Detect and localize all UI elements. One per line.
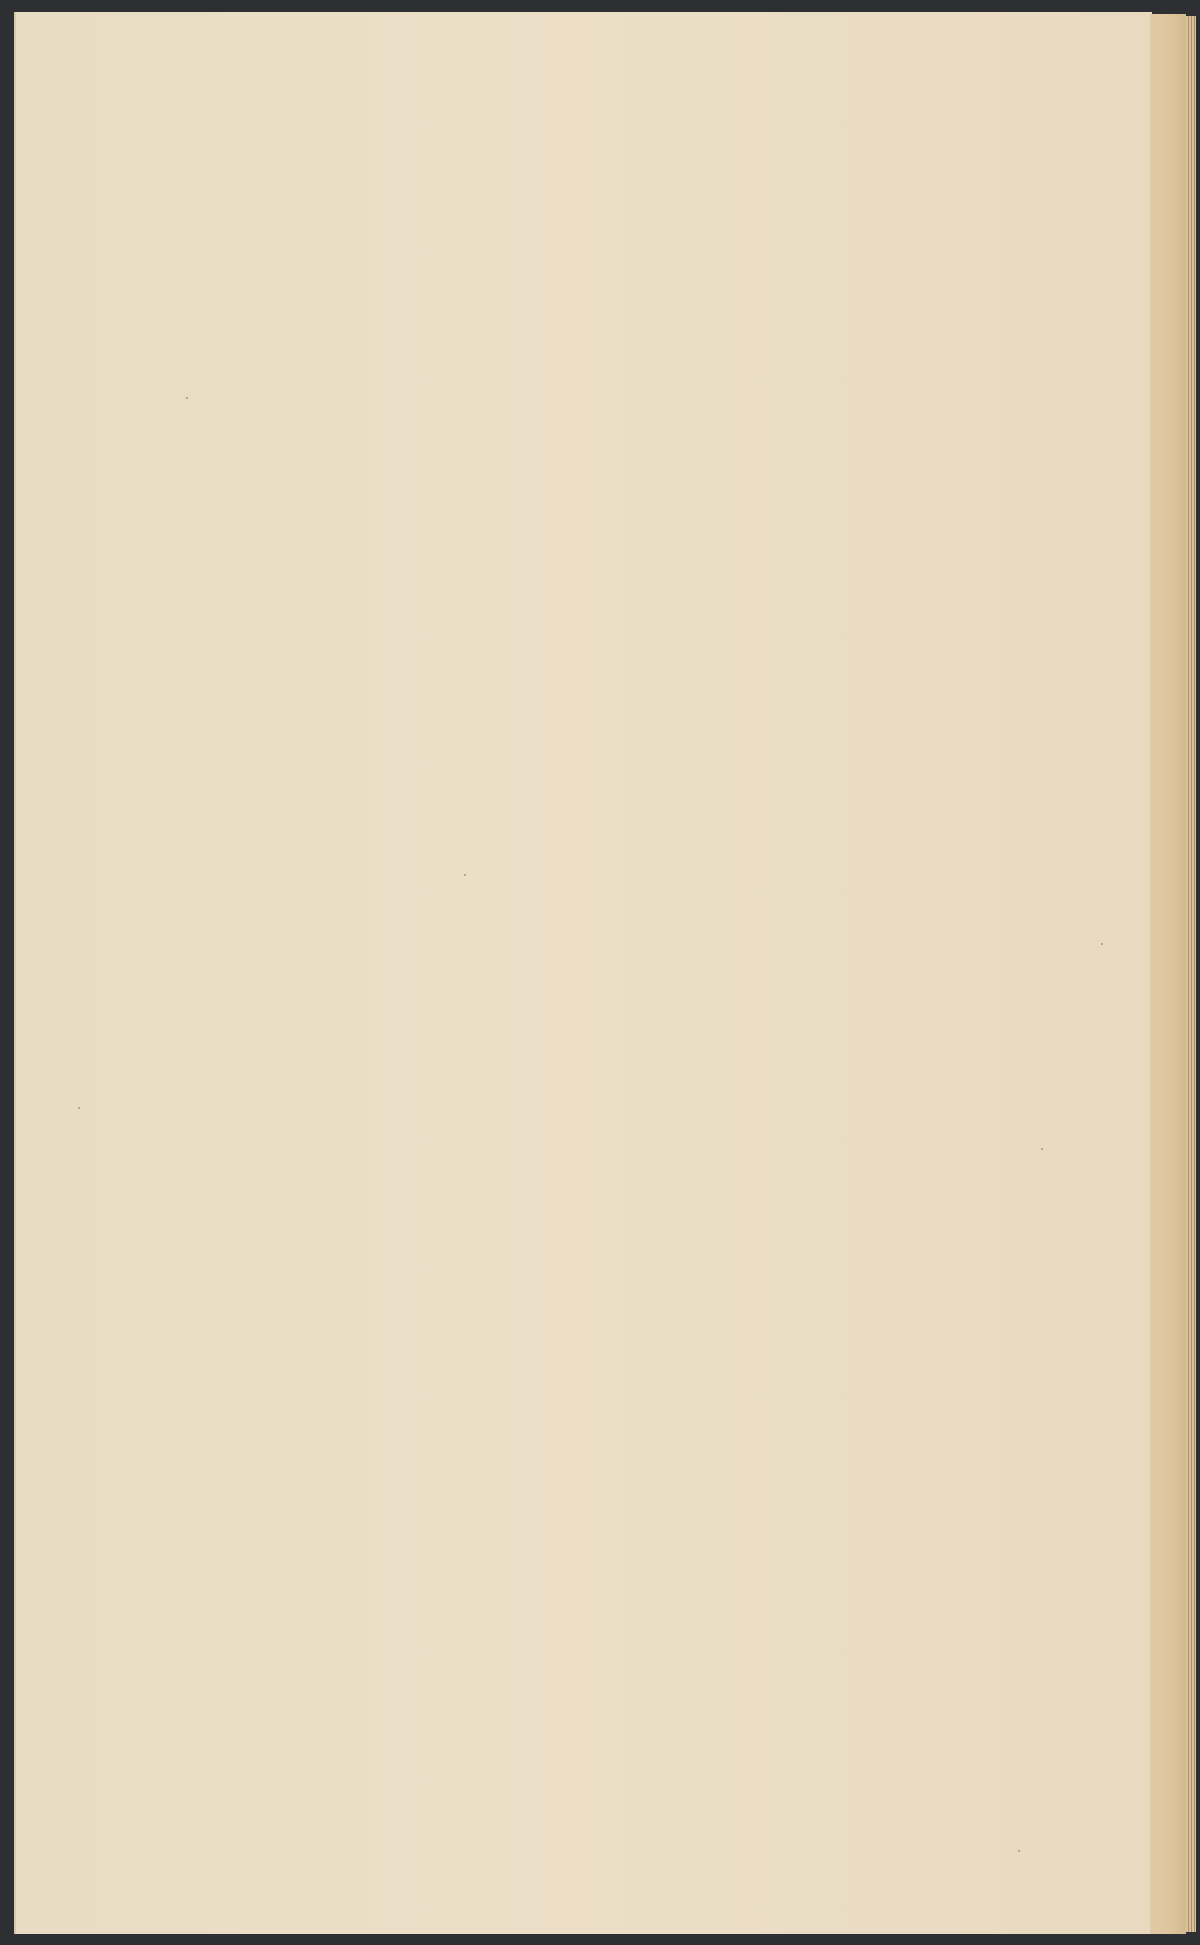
page-edge <box>1150 14 1186 1934</box>
paper-speck <box>1041 1148 1043 1150</box>
paper-speck <box>1018 1850 1020 1852</box>
book-leaves <box>1186 16 1196 1932</box>
paper-speck <box>464 874 466 876</box>
paper-speck <box>186 397 188 399</box>
paper-speck <box>78 1107 80 1109</box>
blank-page <box>14 12 1152 1934</box>
paper-speck <box>1101 943 1103 945</box>
